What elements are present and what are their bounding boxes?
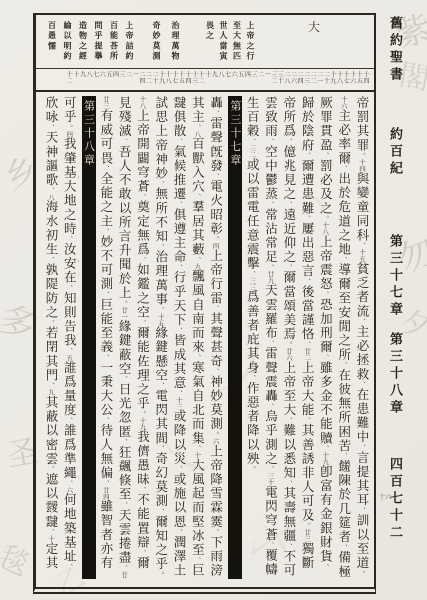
- chapter-label-38: 第三十八章: [383, 332, 404, 417]
- verse-number: 十: [203, 71, 210, 90]
- punctuation-mark: 、: [175, 466, 183, 473]
- punctuation-mark: 、: [303, 417, 311, 424]
- punctuation-mark: 、: [285, 480, 293, 487]
- chapter-summary-strip: 上帝之行至大無匹世人當寅畏之 治理萬物奇妙莫測 上帝詰約百能荅所問乎提擧造物之經…: [36, 15, 374, 69]
- verse-number: 十六: [348, 71, 355, 90]
- punctuation-mark: 、: [175, 327, 183, 334]
- book-title: 舊約聖書: [383, 16, 404, 84]
- punctuation-mark: 、: [65, 236, 73, 243]
- punctuation-mark: 、: [138, 320, 146, 327]
- text-column: 帝罰其罪。十四與孌童同科、十五貧乏者流、主必拯救、在患難中、言提其耳、訓以至道。: [353, 96, 371, 583]
- punctuation-mark: 。: [157, 571, 165, 578]
- punctuation-mark: 、: [358, 444, 366, 451]
- verse-number-ruler: 十四十五十六十七十八十九二十二一二二二三二四二六二八三十三二一二三四五六七八九十…: [36, 69, 374, 92]
- punctuation-mark: 、: [321, 354, 329, 361]
- punctuation-mark: 、: [138, 194, 146, 201]
- inline-verse-number: 廿一: [120, 307, 128, 320]
- verse-number: 十四: [183, 71, 190, 90]
- punctuation-mark: 、: [303, 278, 311, 285]
- punctuation-mark: 、: [285, 138, 293, 145]
- chapter-heading: 第三十八章: [82, 96, 96, 579]
- punctuation-mark: 、: [102, 417, 110, 424]
- inline-verse-number: 十五: [358, 249, 366, 262]
- verse-number: 五: [104, 71, 111, 90]
- punctuation-mark: 、: [175, 201, 183, 208]
- punctuation-mark: 、: [340, 453, 348, 460]
- punctuation-mark: 、: [138, 550, 146, 557]
- punctuation-mark: 、: [102, 228, 110, 235]
- inline-verse-number: 十三: [175, 397, 183, 410]
- punctuation-mark: 、: [321, 152, 329, 159]
- text-column: 歸於陰府、爾遭患難、屢出惡言、後當謹恪、廿二上帝大能、其善誘非人可及。廿三獨斷獨…: [298, 96, 316, 583]
- punctuation-mark: 。: [248, 466, 256, 473]
- verse-number: 二一: [315, 71, 322, 90]
- verse-number: 二八: [282, 71, 289, 90]
- inline-verse-number: 十八: [321, 222, 329, 235]
- punctuation-mark: 、: [47, 124, 55, 131]
- text-column: 轟、雷聲旣發、電火昭彰。四上帝行雷、其聲甚奇、神妙莫測。六上帝降雪霖霙、下雨滂沱…: [206, 96, 224, 583]
- punctuation-mark: 、: [193, 354, 201, 361]
- inline-verse-number: 廿九: [267, 271, 275, 284]
- verse-number: 二: [124, 71, 131, 90]
- section-title: 約百紀: [383, 127, 404, 178]
- scanned-book-page: 紫閣勿夕乡多圣毯乙丿乀丶乄 上帝之行至大無匹世人當寅畏之 治理萬物奇妙莫測 上帝…: [0, 0, 427, 600]
- inline-verse-number: 六: [65, 487, 73, 494]
- inline-verse-number: 十八: [138, 96, 146, 109]
- punctuation-mark: 、: [303, 215, 311, 222]
- punctuation-mark: 、: [193, 194, 201, 201]
- punctuation-mark: 、: [120, 376, 128, 383]
- punctuation-mark: 、: [321, 564, 329, 571]
- text-column: 試思上帝神妙、無所不知、治理萬事、十五緣鍵懸空、電閃其間、奇幻莫測、爾知之乎。十…: [151, 96, 169, 583]
- verse-number: 八: [84, 71, 91, 90]
- punctuation-mark: 、: [102, 165, 110, 172]
- punctuation-mark: 、: [285, 543, 293, 550]
- inline-verse-number: 十九: [138, 417, 146, 430]
- inline-verse-number: 廿六: [285, 348, 293, 361]
- verse-number: 五: [236, 71, 243, 90]
- punctuation-mark: 、: [340, 165, 348, 172]
- chapter-label-37: 第三十七章: [383, 234, 404, 319]
- punctuation-mark: 、: [358, 318, 366, 325]
- punctuation-mark: 、: [47, 320, 55, 327]
- punctuation-mark: 、: [157, 508, 165, 515]
- punctuation-mark: 、: [212, 529, 220, 536]
- punctuation-mark: 、: [120, 502, 128, 509]
- punctuation-mark: 、: [285, 201, 293, 208]
- verse-number: 二十: [150, 71, 157, 90]
- punctuation-mark: 、: [102, 354, 110, 361]
- verse-number: 二四: [137, 71, 144, 90]
- inline-verse-number: 五: [65, 354, 73, 361]
- punctuation-mark: 、: [157, 445, 165, 452]
- punctuation-mark: 、: [340, 362, 348, 369]
- inline-verse-number: 六: [212, 438, 220, 445]
- punctuation-mark: 、: [65, 564, 73, 571]
- inline-verse-number: 廿三: [303, 529, 311, 542]
- punctuation-mark: 、: [340, 544, 348, 551]
- punctuation-mark: 、: [267, 542, 275, 549]
- punctuation-mark: 、: [193, 557, 201, 564]
- punctuation-mark: 、: [157, 181, 165, 188]
- inline-verse-number: 九: [193, 263, 201, 270]
- punctuation-mark: 、: [212, 368, 220, 375]
- verse-number: 十: [71, 71, 78, 90]
- text-column: 其主、八百獸入穴、羣居其藪、九飄風自南而來、寒氣自北而集、十大風起而堅冰至、巨川…: [188, 96, 206, 583]
- inline-verse-number: 三三: [248, 277, 256, 290]
- text-column: 第三十七章殷殷其雷、我聞其聲、中心戰慄、不勝震動、二電光閃爍、自天隅至地極、三電…: [225, 96, 243, 583]
- punctuation-mark: 、: [102, 291, 110, 298]
- verse-number: 二四: [295, 71, 302, 90]
- text-column: 厥罪貫盈、罰必及之。十八上帝震怒、恐加刑爾、雖多金不能贖、十九卽富有金銀財貨、主…: [316, 96, 334, 583]
- punctuation-mark: 、: [267, 201, 275, 208]
- margin-small-mark: 十六: [379, 492, 391, 501]
- inline-verse-number: 廿三: [102, 96, 110, 109]
- inline-verse-number: 十六: [340, 96, 348, 109]
- punctuation-mark: 、: [285, 264, 293, 271]
- inline-verse-number: 廿二: [303, 348, 311, 361]
- punctuation-mark: 、: [212, 173, 220, 180]
- inline-verse-number: 八: [47, 194, 55, 201]
- inline-verse-number: 八: [193, 131, 201, 138]
- chapter-heading: 第三十七章: [228, 96, 242, 579]
- summary-chapter37-part2: 治理萬物奇妙莫測: [147, 21, 185, 63]
- inline-verse-number: 十九: [321, 452, 329, 465]
- text-column: 雲致雨、空中鬱蒸、常沾常足、廿九天雲羅布、雷聲震轟、烏乎測之、三十電閃穹蒼、覆幬…: [261, 96, 279, 583]
- punctuation-mark: 、: [340, 257, 348, 264]
- verse-number: 八: [216, 71, 223, 90]
- inline-verse-number: 十: [193, 452, 201, 459]
- text-column: 生百穀、三二或以雷電任意震擊、三三爲善者庇其身、作惡者降以殃。: [243, 96, 261, 583]
- punctuation-mark: 、: [157, 382, 165, 389]
- verse-number: 十九: [328, 71, 335, 90]
- punctuation-mark: 、: [358, 381, 366, 388]
- punctuation-mark: 、: [303, 152, 311, 159]
- punctuation-mark: 、: [65, 417, 73, 424]
- punctuation-mark: 、: [267, 403, 275, 410]
- summary-chapter38: 上帝詰約百能荅所問乎提擧造物之經綸以明約百愚懦: [44, 21, 137, 65]
- inline-verse-number: 三二: [248, 145, 256, 158]
- punctuation-mark: 、: [138, 257, 146, 264]
- verse-number: 三: [117, 71, 124, 90]
- punctuation-mark: 、: [65, 285, 73, 292]
- text-column: 可乎。四我肇基大地之時、汝安在、知則告我、五誰爲量度、誰爲準繩、六何地築基址、何…: [60, 96, 78, 583]
- inline-verse-number: 十五: [157, 313, 165, 326]
- text-column: 十八上帝開闢穹蒼、奠定無爲、如鑑之空、爾能佐理之乎。十九我儕愚昧、不能置辯、爾能…: [133, 96, 151, 583]
- punctuation-mark: 、: [321, 291, 329, 298]
- inline-verse-number: 四: [212, 242, 220, 249]
- punctuation-mark: 、: [47, 257, 55, 264]
- punctuation-mark: 、: [248, 375, 256, 382]
- punctuation-mark: 、: [175, 264, 183, 271]
- text-column: 十六主必率爾、出於危道之地、導爾至安閒之所、在彼無所困苦、饈陳於几筵者、備極豐腴…: [334, 96, 352, 583]
- page-frame: 上帝之行至大無匹世人當寅畏之 治理萬物奇妙莫測 上帝詰約百能荅所問乎提擧造物之經…: [33, 13, 376, 594]
- punctuation-mark: 、: [212, 305, 220, 312]
- text-column: 靆俱散、氣候推遷、俱遵主命、行乎天下、皆成其意、十三或降以災、或施以恩、潤澤土壤…: [170, 96, 188, 583]
- punctuation-mark: 、: [175, 138, 183, 145]
- text-column: 見殘滅、吾人不敢以所言升聞於上。廿一緣鍵蔽空、日光忽匿、狂飆倏至、天雲捲盡、廿二…: [115, 96, 133, 583]
- punctuation-mark: 、: [47, 466, 55, 473]
- inline-verse-number: 四: [65, 131, 73, 138]
- verse-number: 十七: [170, 71, 177, 90]
- text-column: 欣咏、天神謳歌、八海水初生、孰隄防之、若閉其門、九其蔽以密雲、遮以靉靆、十定其界…: [42, 96, 60, 583]
- margin-corner-char: 大: [308, 18, 320, 35]
- verse-number: 七: [91, 71, 98, 90]
- punctuation-mark: 、: [267, 138, 275, 145]
- verse-number: 十四: [361, 71, 368, 90]
- inline-verse-number: 九: [47, 389, 55, 396]
- punctuation-mark: 、: [157, 244, 165, 251]
- verse-number: 三二: [269, 71, 276, 90]
- summary-chapter37-part1: 上帝之行至大無匹世人當寅畏之: [203, 21, 257, 63]
- text-column: 帝所爲、億兆見之、遠近仰之、爾當頌美焉。廿六上帝至大、難以悉知、其壽無疆、不可計…: [280, 96, 298, 583]
- verse-number: 二三: [302, 71, 309, 90]
- punctuation-mark: 、: [120, 439, 128, 446]
- body-text-columns: 帝罰其罪。十四與孌童同科、十五貧乏者流、主必拯救、在患難中、言提其耳、訓以至道。…: [36, 92, 374, 587]
- text-column: 廿三有威可畏、全能之主、妙不可測、巨能至義、一秉大公、待人無偏、廿四雖智者亦有所…: [97, 96, 115, 583]
- verse-number: 十八: [335, 71, 342, 90]
- punctuation-mark: 、: [267, 340, 275, 347]
- inline-verse-number: 廿四: [102, 487, 110, 500]
- text-column: 第三十八章耶和華乘大風謂約百曰、二孰以愚昧之詞、使道不明乎。三當鼓爾氣、勿愧丈夫…: [78, 96, 96, 583]
- punctuation-mark: 、: [285, 417, 293, 424]
- punctuation-mark: 、: [358, 507, 366, 514]
- punctuation-mark: 。: [358, 570, 366, 577]
- verse-number: 十二: [65, 71, 72, 90]
- inline-verse-number: 十四: [358, 159, 366, 172]
- inline-verse-number: 三十: [267, 473, 275, 486]
- verse-number: 三: [249, 71, 256, 90]
- inline-verse-number: 十: [47, 535, 55, 542]
- punctuation-mark: 、: [175, 529, 183, 536]
- punctuation-mark: 、: [138, 487, 146, 494]
- punctuation-mark: 、: [212, 110, 220, 117]
- punctuation-mark: 、: [120, 138, 128, 145]
